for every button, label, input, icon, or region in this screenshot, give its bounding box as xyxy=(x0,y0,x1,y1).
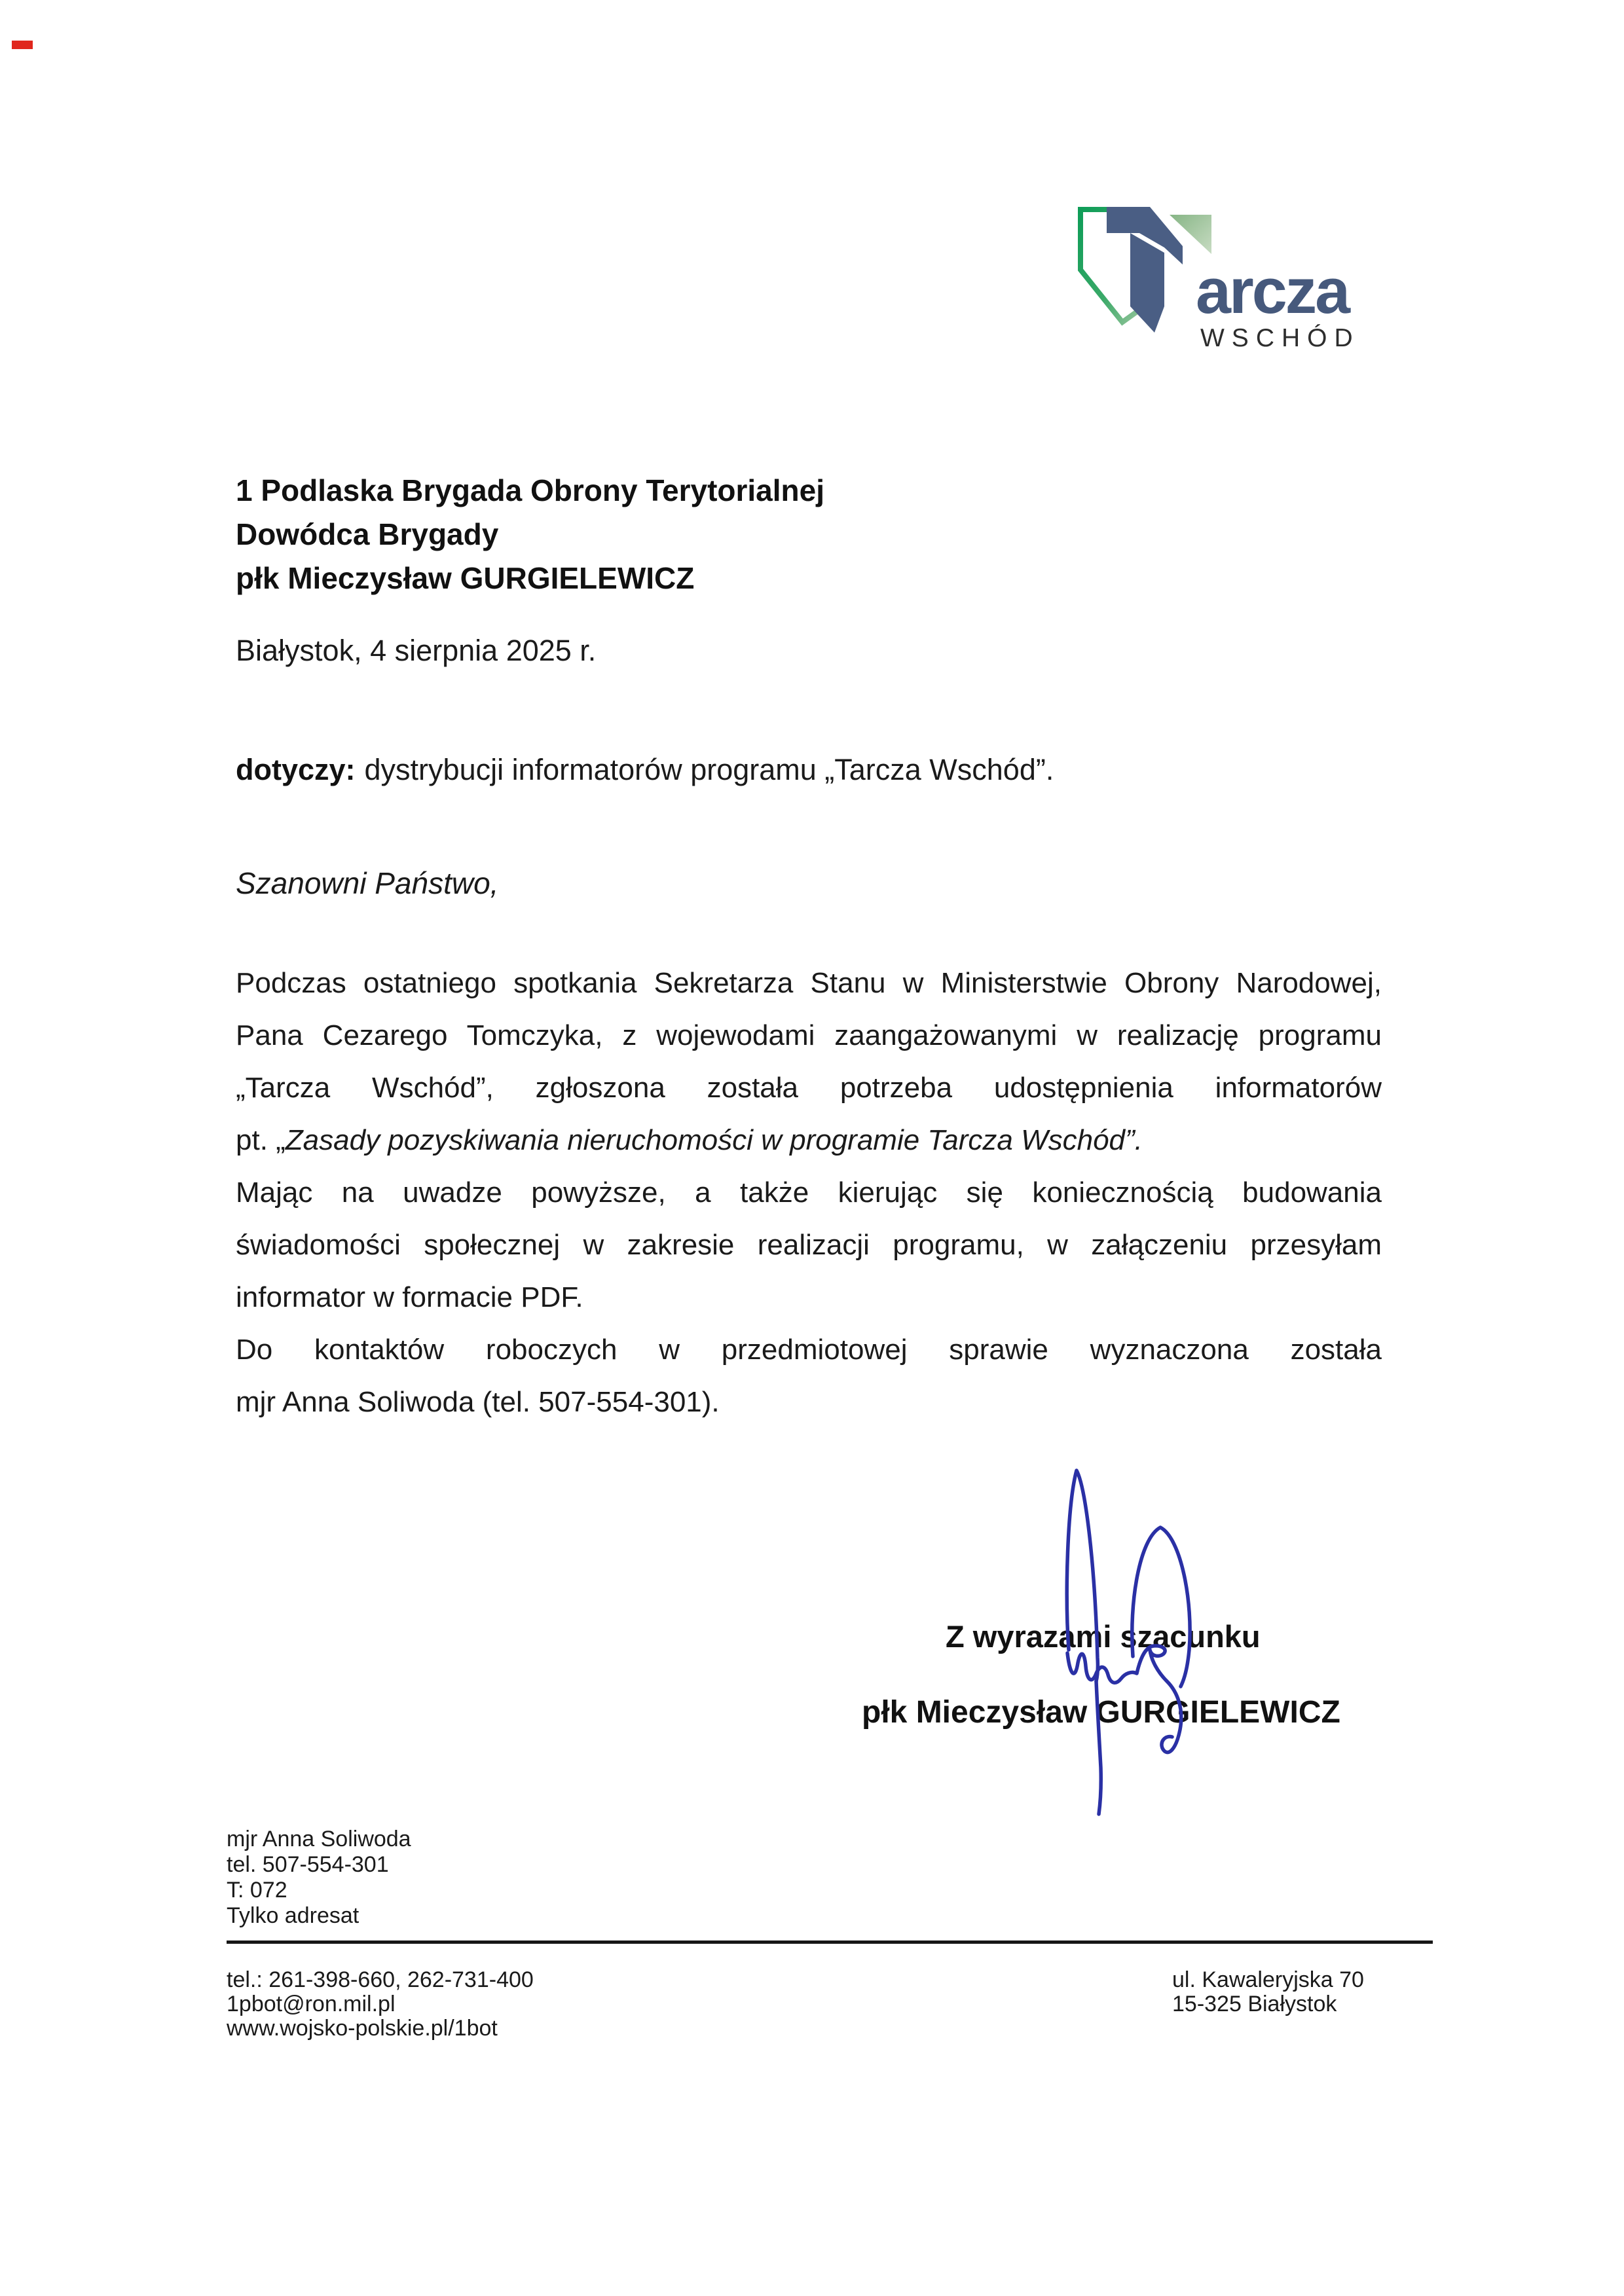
sender-name: płk Mieczysław GURGIELEWICZ xyxy=(236,556,824,600)
contact-person: mjr Anna Soliwoda xyxy=(227,1827,411,1852)
body-line: świadomości społecznej w zakresie realiz… xyxy=(236,1219,1382,1271)
contact-phone: tel. 507-554-301 xyxy=(227,1852,411,1878)
footer-street: ul. Kawaleryjska 70 xyxy=(1172,1968,1364,1992)
footer-phones: tel.: 261-398-660, 262-731-400 xyxy=(227,1968,534,1992)
signature-scribble xyxy=(1067,1646,1181,1753)
scanned-letter-page: arcza WSCHÓD 1 Podlaska Brygada Obrony T… xyxy=(0,0,1624,2296)
contact-t-number: T: 072 xyxy=(227,1878,411,1903)
sender-role: Dowódca Brygady xyxy=(236,513,824,556)
body-line: informator w formacie PDF. xyxy=(236,1271,1382,1324)
footer-email: 1pbot@ron.mil.pl xyxy=(227,1992,534,2016)
sender-block: 1 Podlaska Brygada Obrony Terytorialnej … xyxy=(236,469,824,600)
sender-unit: 1 Podlaska Brygada Obrony Terytorialnej xyxy=(236,469,824,513)
body-line: Do kontaktów roboczych w przedmiotowej s… xyxy=(236,1324,1382,1376)
footer-city: 15-325 Białystok xyxy=(1172,1992,1364,2016)
body-line: pt. „Zasady pozyskiwania nieruchomości w… xyxy=(236,1114,1382,1167)
body-line: Mając na uwadze powyższe, a także kieruj… xyxy=(236,1167,1382,1219)
subject-line: dotyczy:dystrybucji informatorów program… xyxy=(236,753,1054,787)
salutation: Szanowni Państwo, xyxy=(236,866,498,901)
place-date-line: Białystok, 4 sierpnia 2025 r. xyxy=(236,634,596,668)
footer-divider xyxy=(227,1941,1433,1944)
logo-wordmark: arcza xyxy=(1196,259,1348,323)
subject-text: dystrybucji informatorów programu „Tarcz… xyxy=(365,753,1054,786)
footer-left-block: tel.: 261-398-660, 262-731-400 1pbot@ron… xyxy=(227,1968,534,2041)
body-line: Podczas ostatniego spotkania Sekretarza … xyxy=(236,957,1382,1010)
logo-t-stem xyxy=(1130,233,1164,333)
letter-body: Podczas ostatniego spotkania Sekretarza … xyxy=(236,957,1382,1429)
signature-left-loop xyxy=(1067,1470,1098,1681)
handwritten-signature-ink xyxy=(1048,1460,1244,1827)
attachment-title-italic: Zasady pozyskiwania nieruchomości w prog… xyxy=(286,1124,1125,1156)
footer-website: www.wojsko-polskie.pl/1bot xyxy=(227,2016,534,2041)
logo-subtitle: WSCHÓD xyxy=(1200,325,1360,351)
body-line-suffix: ”. xyxy=(1125,1124,1143,1156)
contact-note: Tylko adresat xyxy=(227,1903,411,1929)
body-line: „Tarcza Wschód”, zgłoszona została potrz… xyxy=(236,1062,1382,1114)
contact-block: mjr Anna Soliwoda tel. 507-554-301 T: 07… xyxy=(227,1827,411,1929)
body-line: mjr Anna Soliwoda (tel. 507-554-301). xyxy=(236,1376,1382,1429)
signature-tail xyxy=(1096,1681,1101,1814)
footer-address-block: ul. Kawaleryjska 70 15-325 Białystok xyxy=(1172,1968,1364,2016)
subject-label: dotyczy: xyxy=(236,753,356,786)
scan-artifact-red-mark xyxy=(12,41,33,49)
body-line-prefix: pt. „ xyxy=(236,1124,286,1156)
body-line: Pana Cezarego Tomczyka, z wojewodami zaa… xyxy=(236,1010,1382,1062)
